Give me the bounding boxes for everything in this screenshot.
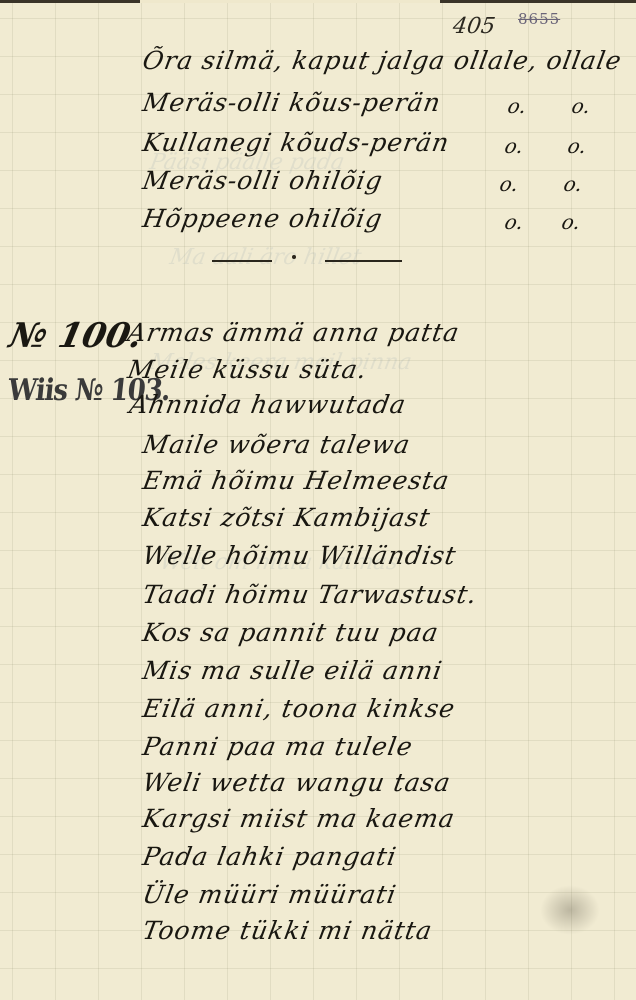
manuscript-page: Pääsi päälle pada Ma aali äro hillet Mel… (0, 0, 636, 1000)
ditto-mark: o. (570, 94, 592, 118)
bleed-through-text: Ma aali äro hillet (168, 245, 363, 270)
verse-line: Meräs-olli ohilõig (140, 166, 385, 195)
ditto-mark: o. (503, 134, 525, 158)
song-line: Üle müüri müürati (140, 880, 399, 909)
ditto-mark: o. (560, 210, 582, 234)
ditto-mark: o. (566, 134, 588, 158)
song-line: Welle hõimu Willändist (140, 541, 458, 570)
verse-line: Kullanegi kõuds-perän (140, 128, 451, 157)
song-line: Mis ma sulle eilä anni (140, 656, 444, 685)
song-number: № 100. (6, 316, 146, 356)
song-line: Armas ämmä anna patta (125, 318, 462, 347)
separator-dot (292, 255, 296, 259)
ditto-mark: o. (498, 172, 520, 196)
song-line: Panni paa ma tulele (140, 732, 415, 761)
ditto-mark: o. (503, 210, 525, 234)
song-line: Meile küssu süta. (125, 355, 369, 384)
ditto-mark: o. (562, 172, 584, 196)
verse-line: Õra silmä, kaput jalga ollale, ollale (140, 46, 624, 75)
verse-line: Hõppeene ohilõig (140, 204, 385, 233)
song-line: Weli wetta wangu tasa (140, 768, 453, 797)
song-line: Taadi hõimu Tarwastust. (140, 580, 479, 609)
song-line: Eilä anni, toona kinkse (140, 694, 457, 723)
song-line: Kargsi miist ma kaema (140, 804, 457, 833)
separator-line (212, 260, 272, 262)
crossed-out-number: 8655 (518, 10, 560, 28)
page-edge (0, 0, 636, 3)
song-line: Katsi zõtsi Kambijast (140, 503, 432, 532)
ink-smudge (540, 885, 600, 935)
ditto-mark: o. (506, 94, 528, 118)
song-line: Kos sa pannit tuu paa (140, 618, 441, 647)
song-line: Ahnnida hawwutada (127, 390, 408, 419)
song-line: Maile wõera talewa (140, 430, 412, 459)
song-line: Toome tükki mi nätta (140, 916, 434, 945)
archive-number: 405 (451, 14, 497, 39)
song-line: Pada lahki pangati (140, 842, 399, 871)
separator-line (325, 260, 402, 262)
song-line: Emä hõimu Helmeesta (140, 466, 452, 495)
verse-line: Meräs-olli kõus-perän (140, 88, 443, 117)
